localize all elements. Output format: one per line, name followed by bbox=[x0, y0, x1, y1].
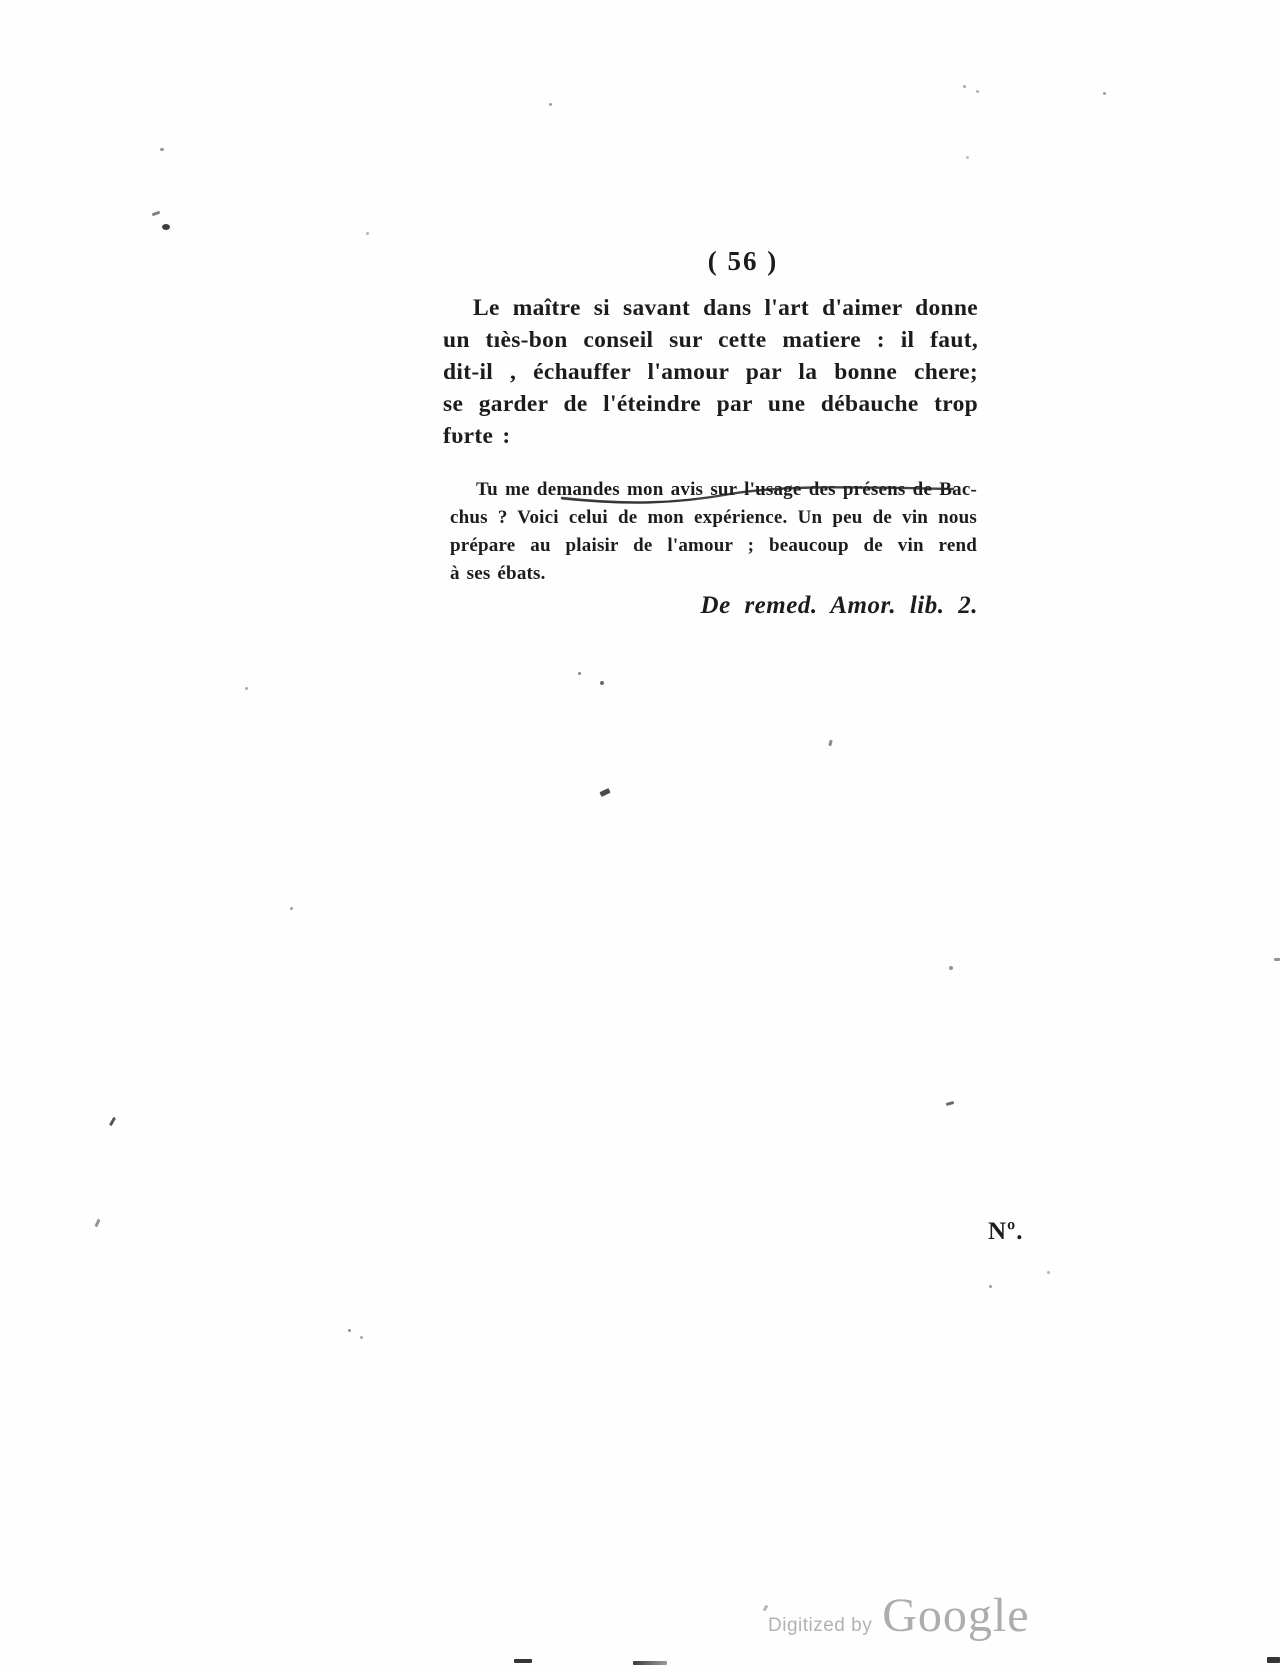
catchword: Nº. bbox=[988, 1218, 1024, 1246]
body-paragraph: Le maître si savant dans l'art d'aimer d… bbox=[443, 292, 978, 452]
quote-line: prépare au plaisir de l'amour ; beaucoup… bbox=[450, 532, 977, 560]
quote-paragraph: Tu me demandes mon avis sur l'usage des … bbox=[450, 476, 977, 588]
digitized-by-label: Digitized by bbox=[768, 1615, 872, 1637]
google-logo: Google bbox=[882, 1588, 1029, 1643]
quote-line: à ses ébats. bbox=[450, 560, 977, 588]
quote-line: Tu me demandes mon avis sur l'usage des … bbox=[450, 476, 977, 504]
watermark: Digitized by Google bbox=[768, 1588, 1030, 1643]
body-line: un tıès-bon conseil sur cette matiere : … bbox=[443, 324, 978, 356]
body-line: dit-il , échauffer l'amour par la bonne … bbox=[443, 356, 978, 388]
attribution: De remed. Amor. lib. 2. bbox=[443, 592, 978, 620]
quote-line: chus ? Voici celui de mon expérience. Un… bbox=[450, 504, 977, 532]
body-line: Le maître si savant dans l'art d'aimer d… bbox=[443, 292, 978, 324]
page-number: ( 56 ) bbox=[643, 246, 843, 277]
body-line: se garder de l'éteindre par une débauche… bbox=[443, 388, 978, 420]
scanned-book-page: ( 56 ) Le maître si savant dans l'art d'… bbox=[0, 0, 1280, 1669]
body-line: fυrte : bbox=[443, 420, 978, 452]
